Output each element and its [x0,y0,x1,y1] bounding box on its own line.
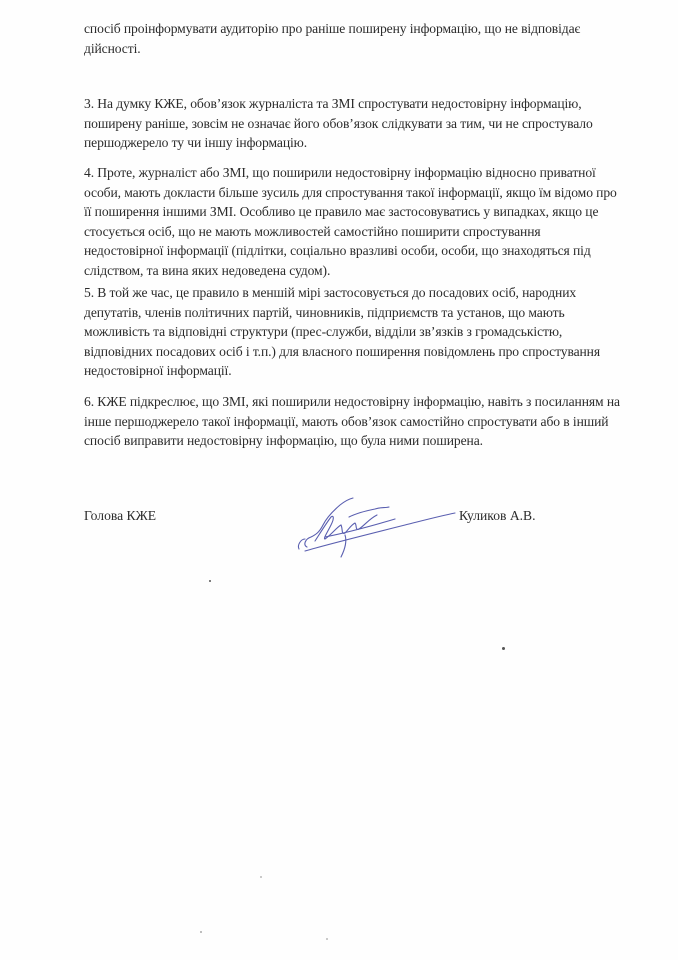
text-line: слідством, та вина яких недоведена судом… [84,261,644,281]
text-line: поширену раніше, зовсім не означає його … [84,114,644,134]
paragraph-item-6: 6. КЖЕ підкреслює, що ЗМІ, які поширили … [84,392,644,451]
text-line: інше першоджерело такої інформації, мают… [84,412,644,432]
text-line: дійсності. [84,39,644,59]
document-page: спосіб проінформувати аудиторію про рані… [0,0,678,960]
scan-speck [260,876,262,878]
text-line: стосується осіб, що не мають можливостей… [84,222,644,242]
text-line: спосіб проінформувати аудиторію про рані… [84,19,644,39]
text-line: 5. В той же час, це правило в меншій мір… [84,283,644,303]
text-line: її поширення іншими ЗМІ. Особливо це пра… [84,202,644,222]
text-line: можливість та відповідні структури (прес… [84,322,644,342]
scan-speck [209,580,211,582]
paragraph-item-5: 5. В той же час, це правило в меншій мір… [84,283,644,381]
text-line: 3. На думку КЖЕ, обов’язок журналіста та… [84,94,644,114]
paragraph-item-4: 4. Проте, журналіст або ЗМІ, що поширили… [84,163,644,281]
handwritten-signature-icon [285,495,460,560]
text-line: першоджерело ту чи іншу інформацію. [84,133,644,153]
text-line: недостовірної інформації. [84,361,644,381]
paragraph-item-3: 3. На думку КЖЕ, обов’язок журналіста та… [84,94,644,153]
text-line: відповідних посадових осіб і т.п.) для в… [84,342,644,362]
signatory-name: Куликов А.В. [459,508,536,524]
text-line: недостовірної інформації (підлітки, соці… [84,241,644,261]
text-line: особи, мають докласти більше зусиль для … [84,183,644,203]
scan-speck [502,647,505,650]
paragraph-continuation: спосіб проінформувати аудиторію про рані… [84,19,644,58]
text-line: 6. КЖЕ підкреслює, що ЗМІ, які поширили … [84,392,644,412]
text-line: депутатів, членів політичних партій, чин… [84,303,644,323]
text-line: спосіб виправити недостовірну інформацію… [84,431,644,451]
text-line: 4. Проте, журналіст або ЗМІ, що поширили… [84,163,644,183]
signatory-title: Голова КЖЕ [84,508,156,524]
scan-speck [200,931,202,933]
scan-speck [326,938,328,940]
signature-block: Голова КЖЕ Куликов А.В. [0,500,678,560]
